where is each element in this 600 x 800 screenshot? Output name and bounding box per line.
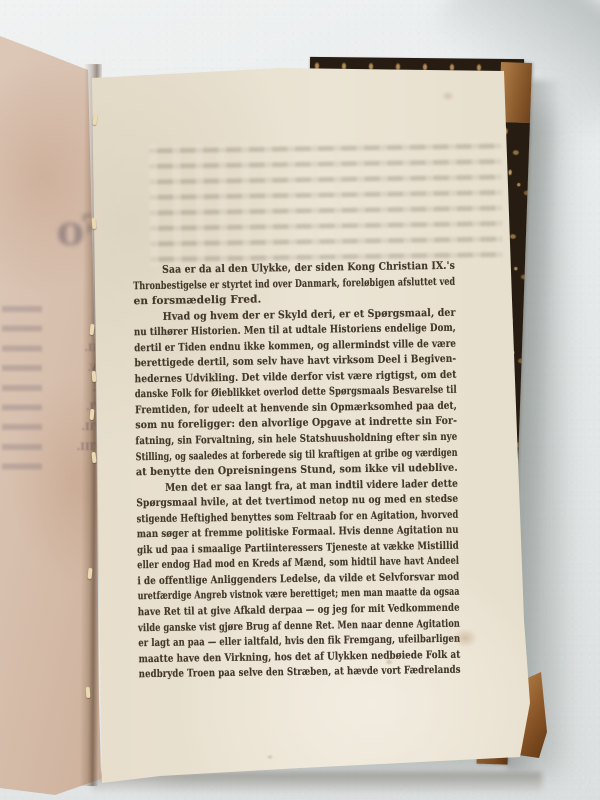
binding-stitch — [86, 687, 91, 698]
page-text: Saa er da al den Ulykke, der siden Kong … — [133, 259, 461, 687]
text-line-content: en forsmædelig Fred. — [133, 293, 261, 310]
bleedthrough-toc-lines — [2, 306, 42, 474]
book-photo: Fo I.II.III.IV.V.VI.VII.VIII. Saa er da … — [0, 0, 600, 800]
text-line-content: nedbryde Troen paa selve den Stræben, at… — [139, 663, 461, 683]
bleedthrough-text-block — [149, 140, 503, 267]
text-line: nedbryde Troen paa selve den Stræben, at… — [139, 663, 461, 683]
binding-stitch — [92, 371, 97, 382]
binding-stitch — [92, 218, 97, 229]
